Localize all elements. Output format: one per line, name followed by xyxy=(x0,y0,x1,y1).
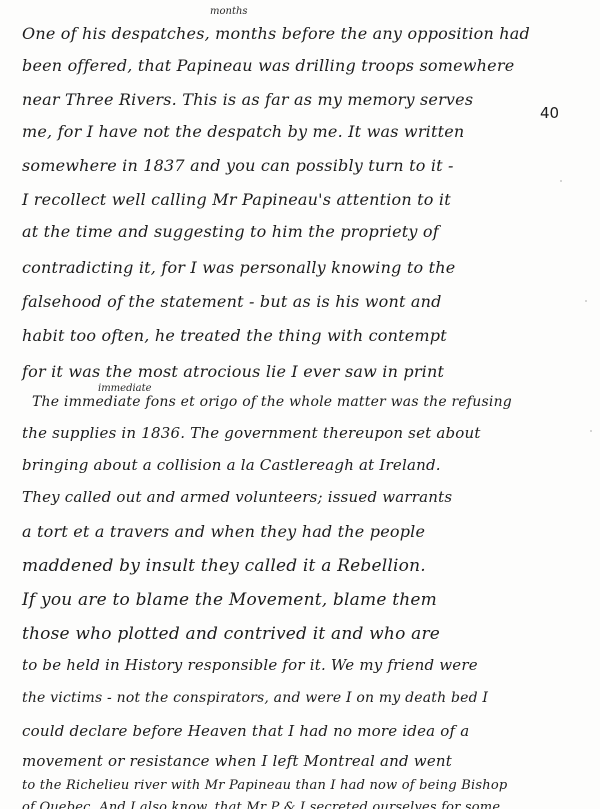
manuscript-line: somewhere in 1837 and you can possibly t… xyxy=(22,156,454,175)
manuscript-line: a tort et a travers and when they had th… xyxy=(22,522,425,541)
manuscript-line: of Quebec. And I also know, that Mr P & … xyxy=(22,800,500,809)
manuscript-line: to the Richelieu river with Mr Papineau … xyxy=(22,778,507,793)
manuscript-line: movement or resistance when I left Montr… xyxy=(22,752,452,770)
manuscript-line: The immediate fons et origo of the whole… xyxy=(32,394,512,410)
paper-speck xyxy=(560,180,562,182)
manuscript-line: those who plotted and contrived it and w… xyxy=(22,624,440,644)
manuscript-line: One of his despatches, months before the… xyxy=(22,24,530,43)
manuscript-line: contradicting it, for I was personally k… xyxy=(22,258,455,277)
manuscript-line: at the time and suggesting to him the pr… xyxy=(22,222,439,241)
manuscript-line: to be held in History responsible for it… xyxy=(22,656,478,674)
manuscript-line: habit too often, he treated the thing wi… xyxy=(22,326,447,345)
manuscript-line: me, for I have not the despatch by me. I… xyxy=(22,122,464,141)
paper-speck xyxy=(590,430,592,432)
manuscript-line: for it was the most atrocious lie I ever… xyxy=(22,362,444,381)
manuscript-line: bringing about a collision a la Castlere… xyxy=(22,456,441,474)
manuscript-line: been offered, that Papineau was drilling… xyxy=(22,56,514,75)
manuscript-line: could declare before Heaven that I had n… xyxy=(22,722,469,740)
interlinear-insertion-immediate: immediate xyxy=(98,383,152,394)
manuscript-line: falsehood of the statement - but as is h… xyxy=(22,292,442,311)
interlinear-insertion-months: months xyxy=(210,6,248,17)
manuscript-line: maddened by insult they called it a Rebe… xyxy=(22,556,426,576)
manuscript-line: near Three Rivers. This is as far as my … xyxy=(22,90,473,109)
margin-page-number: 40 xyxy=(540,104,559,122)
paper-speck xyxy=(585,300,587,302)
manuscript-line: the supplies in 1836. The government the… xyxy=(22,424,481,442)
manuscript-line: the victims - not the conspirators, and … xyxy=(22,690,488,706)
manuscript-line: They called out and armed volunteers; is… xyxy=(22,488,452,506)
manuscript-line: I recollect well calling Mr Papineau's a… xyxy=(22,190,451,209)
manuscript-page: 40 months immediate One of his despatche… xyxy=(0,0,600,809)
manuscript-line: If you are to blame the Movement, blame … xyxy=(22,590,437,610)
